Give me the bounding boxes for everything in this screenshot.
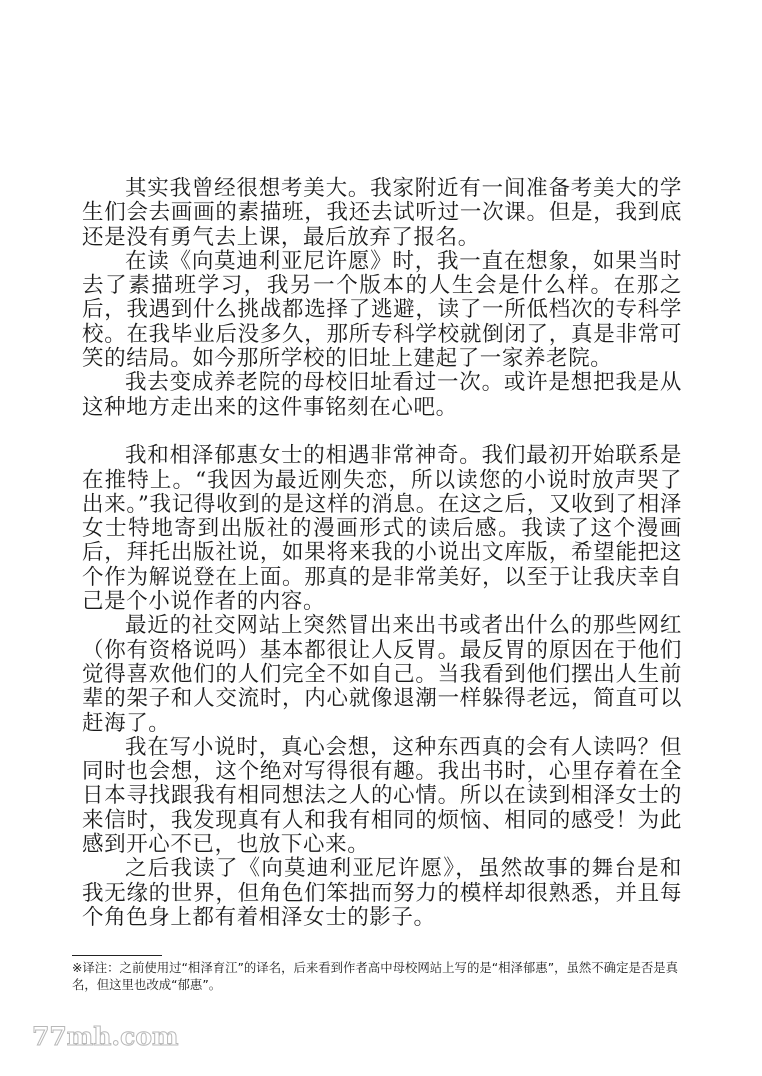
paragraph: 我在写小说时，真心会想，这种东西真的会有人读吗？但同时也会想，这个绝对写得很有趣… bbox=[82, 736, 682, 857]
body-text: 其实我曾经很想考美大。我家附近有一间准备考美大的学生们会去画画的素描班，我还去试… bbox=[82, 177, 682, 930]
translator-footnote: ※译注：之前使用过“相泽育江”的译名，后来看到作者高中母校网站上写的是“相泽郁惠… bbox=[72, 959, 702, 993]
paragraph: 在读《向莫迪利亚尼许愿》时，我一直在想象，如果当时去了素描班学习，我另一个版本的… bbox=[82, 250, 682, 371]
paragraph: 我和相泽郁惠女士的相遇非常神奇。我们最初开始联系是在推特上。“我因为最近刚失恋，… bbox=[82, 444, 682, 614]
paragraph: 之后我读了《向莫迪利亚尼许愿》，虽然故事的舞台是和我无缘的世界，但角色们笨拙而努… bbox=[82, 857, 682, 930]
document-page: 其实我曾经很想考美大。我家附近有一间准备考美大的学生们会去画画的素描班，我还去试… bbox=[0, 0, 762, 1076]
paragraph: 我去变成养老院的母校旧址看过一次。或许是想把我是从这种地方走出来的这件事铭刻在心… bbox=[82, 371, 682, 420]
section-gap bbox=[82, 420, 682, 444]
paragraph: 最近的社交网站上突然冒出来出书或者出什么的那些网红（你有资格说吗）基本都很让人反… bbox=[82, 614, 682, 735]
site-watermark: 77mh.com bbox=[32, 1022, 178, 1051]
footnote-divider bbox=[72, 955, 162, 956]
paragraph: 其实我曾经很想考美大。我家附近有一间准备考美大的学生们会去画画的素描班，我还去试… bbox=[82, 177, 682, 250]
